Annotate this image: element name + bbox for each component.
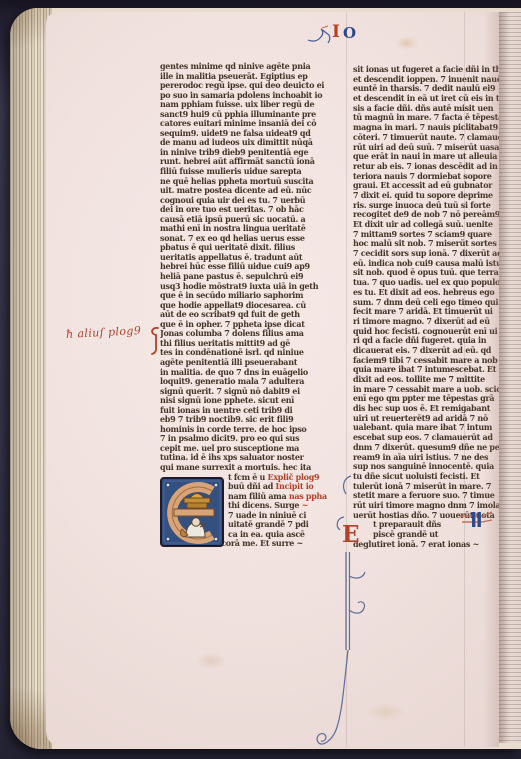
- manuscript-text-line: ne quē helias ppheta mortuū suscita: [160, 177, 346, 187]
- manuscript-text-line: ille in malitia pseuerāt. Egiptius ep: [160, 72, 346, 82]
- manuscript-text-line: dei in ore tuo est ueritas. 7 ob hāc: [160, 205, 346, 215]
- margin-rubric-note: ħ aliuſ plog9: [66, 324, 142, 341]
- pen-flourish-icon: [306, 24, 332, 46]
- manuscript-text-line: heliā pane pastus ē. sepulchrū ei9: [160, 272, 346, 282]
- manuscript-text-line: dis hec sup uos ē. Et remigabant: [353, 404, 505, 414]
- manuscript-text-line: escebat sup eos. 7 clamauerūt ad: [353, 433, 505, 443]
- manuscript-text-line: ueritatis appellatus ē. tradunt aūt: [160, 253, 346, 263]
- folio-numeral-blue: O: [343, 24, 356, 42]
- manuscript-text-line: tes in condēnationē isrl. qd niniue: [160, 348, 346, 358]
- manuscript-text-line: mathi enī in nostra lingua ueritatē: [160, 224, 346, 234]
- manuscript-text-line: dicauerat eis. 7 dixerūt ad eū. qd: [353, 346, 505, 356]
- manuscript-text-line: euntē in tharsis. 7 dedit naulū ei9: [353, 84, 505, 94]
- manuscript-text-line: sis a facie dñi. dñs autē misit uen: [353, 104, 505, 114]
- manuscript-text-line: eb9 7 trib9 noctib9. sic erit fili9: [160, 415, 346, 425]
- manuscript-text-line: sequim9. uidet9 ne falsa uideat9 qd: [160, 129, 346, 139]
- manuscript-text-line: quid hoc fecisti. cognouerūt enī ui: [353, 327, 505, 337]
- manuscript-text-line: hominis in corde terre. de hoc ipso: [160, 425, 346, 435]
- manuscript-text-line: que hodie appellat9 diocesarea. cū: [160, 301, 346, 311]
- manuscript-text-line: po suo in samaria pdolens inchoabit io: [160, 91, 346, 101]
- manuscript-text-line: uiri ut reuerterēt9 ad aridā 7 nō: [353, 414, 505, 424]
- manuscript-text-line: thi filius ueritatis mittit9 ad gē: [160, 339, 346, 349]
- manuscript-text-line: que ē in secūdo miliario saphorim: [160, 291, 346, 301]
- manuscript-text-line: sonat. 7 ex eo qd helias uerus esse: [160, 234, 346, 244]
- manuscript-text-line: 7 cecidit sors sup ionā. 7 dixerūt ad: [353, 249, 505, 259]
- manuscript-text-line: de manu ad iudeos uix dimittit nūqā: [160, 138, 346, 148]
- manuscript-text-line: agēte penitentiā illi pseuerabant: [160, 358, 346, 368]
- manuscript-text-line: 7 mittam9 sortes 7 sciam9 quare: [353, 230, 505, 240]
- manuscript-text-line: ri timore magno. 7 dixerūt ad eū: [353, 317, 505, 327]
- manuscript-text-line: catores euitari minime insaniā dei cō: [160, 119, 346, 129]
- manuscript-text-line: teriora nauis 7 dormiebat sopore: [353, 172, 505, 182]
- folio-number: I O: [296, 20, 376, 48]
- manuscript-text-line: et descendit in eā ut iret cū eis in tha…: [353, 94, 505, 104]
- manuscript-text-line: enī ego qm ppter me tēpestas grā: [353, 394, 505, 404]
- manuscript-text-line: signū querit. 7 signū nō dabit9 ei: [160, 387, 346, 397]
- manuscript-text-line: ris. surge inuoca deū tuū si forte: [353, 201, 505, 211]
- manuscript-text-line: et descendit ioppen. 7 inuenit nauē: [353, 75, 505, 85]
- manuscript-text-line: sanct9 hui9 cū pphia illuminante pre: [160, 110, 346, 120]
- manuscript-text-line: sit nob. quod ē opus tuū. que terra: [353, 268, 505, 278]
- manuscript-text-line: nam pphiam fuisse. uix liber regū de: [160, 100, 346, 110]
- manuscript-text-line: loquit9. generatio mala 7 adultera: [160, 377, 346, 387]
- manuscript-text-line: t preparauit dñs: [373, 520, 505, 530]
- manuscript-text-line: nisi signū ione pphete. sicut enī: [160, 396, 346, 406]
- manuscript-text-line: cepit me. uel pro susceptione ma: [160, 444, 346, 454]
- manuscript-text-line: uit. matre postea dicente ad eū. nūc: [160, 186, 346, 196]
- manuscript-text-line: recogitet de9 de nob 7 nō pereām9: [353, 210, 505, 220]
- manuscript-text-line: causā etiā ipsū puerū sic uocatū. a: [160, 215, 346, 225]
- manuscript-text-line: 7 in psalmo dicit9. pro eo qui sus: [160, 434, 346, 444]
- book-block: I O ħ aliuſ plog9 gentes minime qd niniv…: [10, 8, 521, 749]
- manuscript-text-line: sit ionas ut fugeret a facie dñi in thar: [353, 65, 505, 75]
- manuscript-text-line: pererodoc regū ipse. qui deo deuicto ei: [160, 81, 346, 91]
- manuscript-text-line: sum. 7 dnm deū celi ego timeo qui: [353, 298, 505, 308]
- manuscript-text-line: Jonas columba 7 dolens filius ama: [160, 329, 346, 339]
- manuscript-text-line: eū. indica nob cui9 causa malū istud: [353, 259, 505, 269]
- manuscript-text-line: que erāt in naui in mare ut alleuia: [353, 152, 505, 162]
- manuscript-text-line: cognoui quia uir dei es tu. 7 uerbū: [160, 196, 346, 206]
- parchment-stain: [196, 652, 226, 670]
- filigree-flourish-icon: [308, 472, 380, 749]
- manuscript-text-line: que ē in opher. 7 ppheta ipse dicat: [160, 320, 346, 330]
- manuscript-text-line: Et dixit uir ad collegā suū. uenite: [353, 220, 505, 230]
- manuscript-text-line: hebrei hūc esse filiū uidue cui9 ap9: [160, 262, 346, 272]
- manuscript-text-line: tua. 7 quo uadis. uel ex quo populo: [353, 278, 505, 288]
- manuscript-text-line: cōteri. 7 timuerūt naute. 7 clamaue: [353, 133, 505, 143]
- manuscript-text-line: quia mare ibat 7 intumescebat. Et: [353, 365, 505, 375]
- chapter-numeral-II-icon: [460, 510, 494, 530]
- manuscript-text-line: hoc malū sit nob. 7 miserūt sortes: [353, 239, 505, 249]
- manuscript-text-line: graui. Et accessit ad eū gubnator: [353, 181, 505, 191]
- manuscript-text-line: sup nos sanguinē innocentē. quia: [353, 462, 505, 472]
- historiated-initial-E-icon: [160, 477, 224, 547]
- folio-numeral-red: I: [332, 22, 340, 42]
- manuscript-text-line: magna in mari. 7 nauis piclitabat9: [353, 123, 505, 133]
- manuscript-text-line: rūt uiri ad deū suū. 7 miserūt uasa: [353, 143, 505, 153]
- facing-page-edge: [499, 12, 521, 743]
- manuscript-text-line: dnm 7 dixerūt. quesum9 dñe ne pe: [353, 443, 505, 453]
- manuscript-text-line: es tu. Et dixit ad eos. hebreus ego: [353, 288, 505, 298]
- manuscript-text-line: in malitia. de quo 7 dns in euāgelio: [160, 368, 346, 378]
- manuscript-text-line: runt. hebrei aūt affirmāt sanctū ionā: [160, 157, 346, 167]
- manuscript-text-line: ream9 in aīa uiri istius. 7 ne des: [353, 453, 505, 463]
- parchment-stain: [396, 36, 418, 50]
- manuscript-text-line: filiū fuisse mulieris uidue sarepta: [160, 167, 346, 177]
- manuscript-text-line: 7 dixit ei. quid tu sopore deprime: [353, 191, 505, 201]
- manuscript-text-line: aūt de eo scribat9 qd fuit de geth: [160, 310, 346, 320]
- manuscript-text-line: ri qd a facie dñi fugeret. quia in: [353, 336, 505, 346]
- manuscript-photo: I O ħ aliuſ plog9 gentes minime qd niniv…: [0, 0, 521, 759]
- manuscript-text-line: in mare 7 cessabit mare a uob. scio: [353, 385, 505, 395]
- manuscript-text-line: piscē grandē ut: [373, 530, 505, 540]
- manuscript-text-line: dixit ad eos. tollite me 7 mittite: [353, 375, 505, 385]
- manuscript-text-line: faciem9 tibi 7 cessabit mare a nob: [353, 356, 505, 366]
- manuscript-text-line: in ninive trib9 dieb9 penitentiā ege: [160, 148, 346, 158]
- manuscript-text-line: tutina. id ē ihs xps saluator noster: [160, 453, 346, 463]
- manuscript-page: I O ħ aliuſ plog9 gentes minime qd niniv…: [46, 12, 499, 747]
- manuscript-text-line: fecit mare 7 aridā. Et timuerūt ui: [353, 307, 505, 317]
- manuscript-text-line: usq3 hodie mōstrat9 iuxta uiā in geth: [160, 282, 346, 292]
- manuscript-text-line: gentes minime qd ninive agēte pnia: [160, 62, 346, 72]
- manuscript-text-line: ualebant. quia mare ibat 7 intum: [353, 423, 505, 433]
- manuscript-text-line: fuit ionas in uentre ceti trib9 di: [160, 406, 346, 416]
- manuscript-text-line: tū magnū in mare. 7 facta ē tēpestas: [353, 113, 505, 123]
- manuscript-text-line: retur ab eis. 7 ionas descēdit ad in: [353, 162, 505, 172]
- manuscript-text-line: pbatus ē qui ueritatē dixit. filius: [160, 243, 346, 253]
